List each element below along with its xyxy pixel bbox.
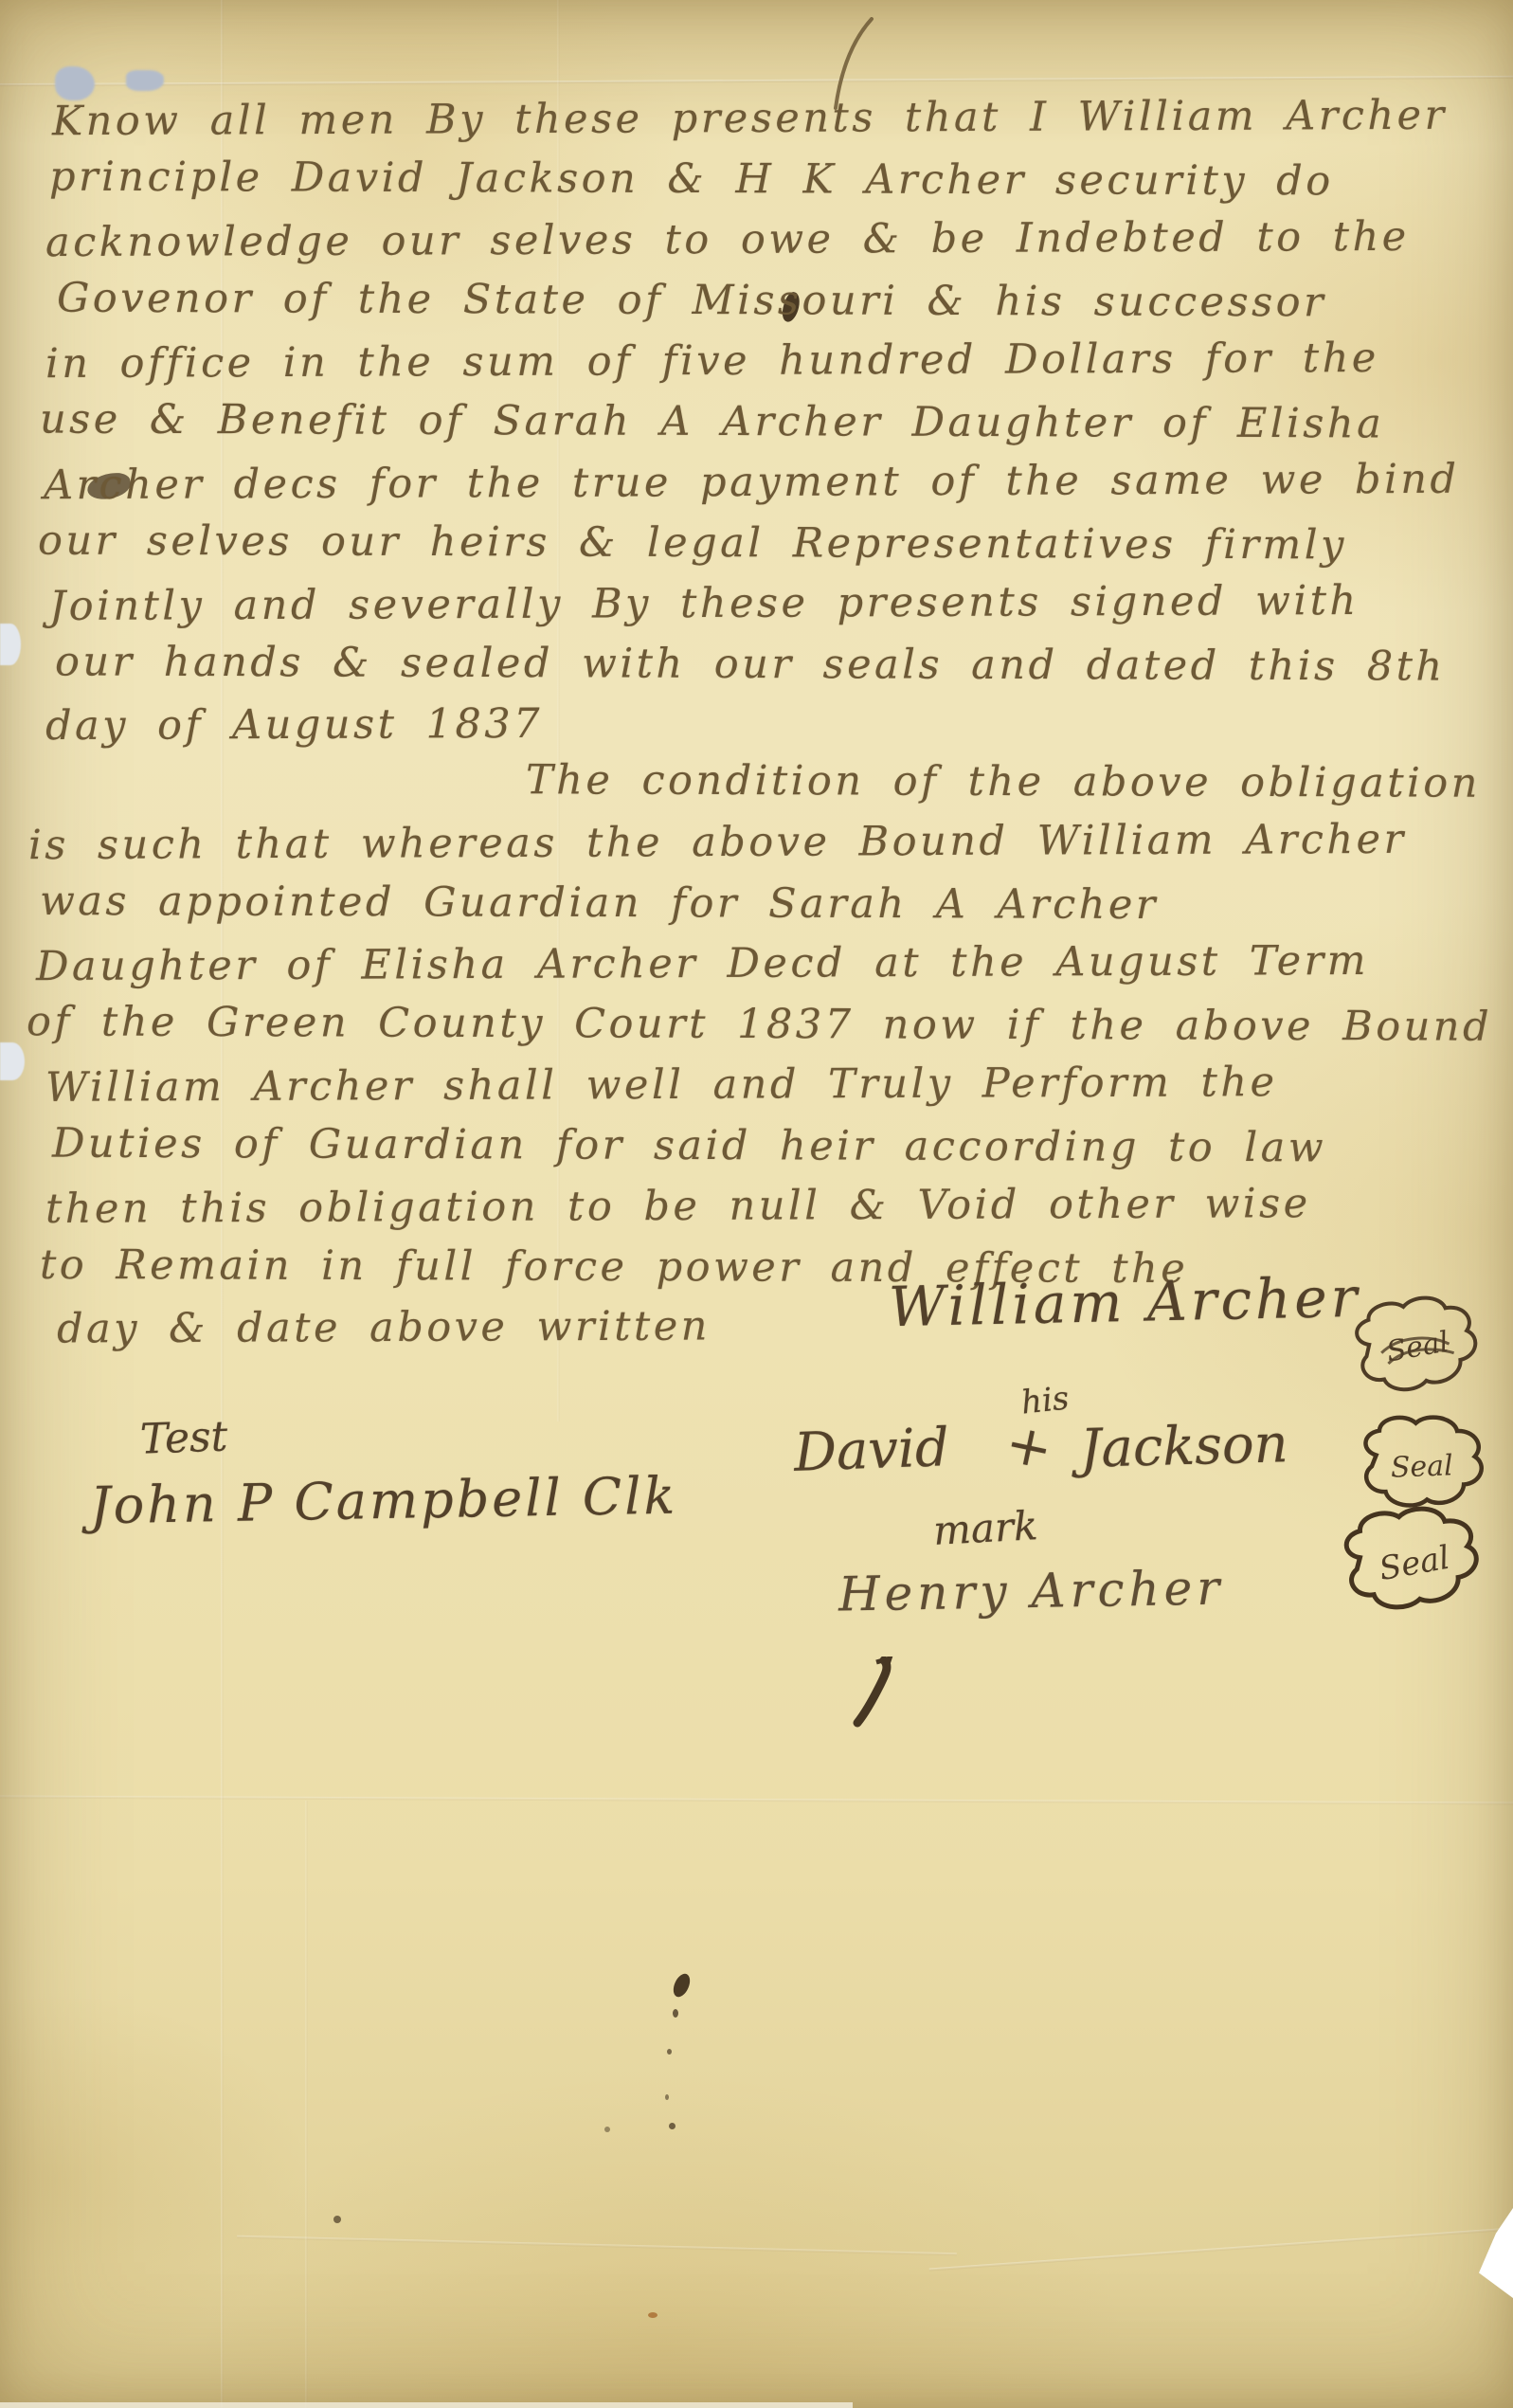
svg-text:Seal: Seal [1390,1449,1453,1484]
scan-edge-bottom [0,2402,853,2408]
svg-text:Seal: Seal [1384,1326,1451,1369]
ink-speck [665,2094,669,2100]
document-line: of the Green County Court 1837 now if th… [27,998,1492,1050]
document-line: was appointed Guardian for Sarah A Arche… [40,878,1159,929]
document-line: Archer decs for the true payment of the … [44,456,1460,510]
rust-speck [648,2312,657,2318]
document-line: our selves our heirs & legal Representat… [38,517,1347,570]
document-line-condition-start: The condition of the above obligation [526,756,1481,807]
tape-residue-blob [55,66,95,100]
paper-chip-left-edge [0,1042,25,1080]
document-line: is such that whereas the above Bound Wil… [28,816,1407,869]
document-line: in office in the sum of five hundred Dol… [45,335,1379,388]
document-line: use & Benefit of Sarah A Archer Daughter… [40,396,1384,448]
signature-henry-archer: Henry Archer [838,1560,1225,1621]
document-line: Jointly and severally By these presents … [49,577,1360,630]
seal-scribble-henry: Seal [1326,1495,1494,1631]
document-line: acknowledge our selves to owe & be Indeb… [45,213,1410,266]
ink-speck [333,2216,341,2223]
jackson-mark-mark-label: mark [932,1502,1039,1554]
document-line: Duties of Guardian for said heir accordi… [52,1120,1326,1172]
seal-scribble-william: Seal [1338,1287,1490,1411]
attestation-test-label: Test [139,1412,228,1463]
tape-residue-blob [126,70,164,91]
document-line: Daughter of Elisha Archer Decd at the Au… [36,937,1369,990]
svg-text:Seal: Seal [1377,1539,1452,1588]
signature-david-jackson-first: David [793,1417,950,1484]
document-line: William Archer shall well and Truly Perf… [45,1059,1278,1112]
ink-speck [604,2127,610,2132]
ink-speck [673,2009,678,2018]
document-line-closing: day & date above written [57,1302,711,1352]
document-line: day of August 1837 [45,700,543,750]
document-line: our hands & sealed with our seals and da… [55,638,1446,690]
document-line: Know all men By these presents that I Wi… [52,92,1448,145]
signature-william-archer: William Archer [888,1265,1361,1339]
document-line: Govenor of the State of Missouri & his s… [57,275,1326,327]
document-line: then this obligation to be null & Void o… [45,1180,1311,1233]
signature-witness-clerk: John P Campbell Clk [89,1466,677,1536]
scanned-document-page: Know all men By these presents that I Wi… [0,0,1513,2408]
signature-david-jackson-last: Jackson [1079,1413,1288,1480]
ink-mark-flourish [848,1657,905,1732]
document-line: principle David Jackson & H K Archer sec… [49,154,1334,206]
ink-speck [667,2049,672,2055]
pen-flourish [817,17,883,112]
paper-chip-left-edge [0,624,21,665]
ink-speck [669,2123,675,2129]
